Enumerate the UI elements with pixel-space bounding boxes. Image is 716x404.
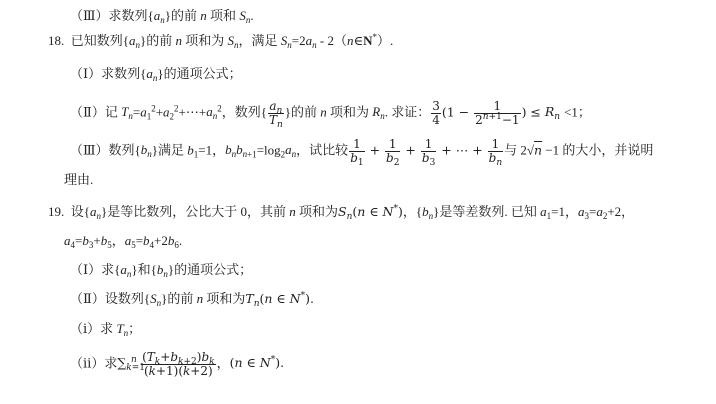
part-label: （Ⅲ） xyxy=(70,8,109,23)
part-label: （Ⅰ） xyxy=(70,66,101,81)
q18-part1: （Ⅰ）求数列{an}的通项公式； xyxy=(70,66,242,82)
q18-part2: （Ⅱ）记 Tn=a12+a22+⋯+an2，数列{anTn}的前 n 项和为 R… xyxy=(70,100,591,127)
q18-stem: 18. 已知数列{an}的前 n 项和为 Sn，满足 Sn=2an - 2（n∈… xyxy=(48,33,393,49)
part-label: （Ⅰ） xyxy=(70,262,101,277)
q18-part3: （Ⅲ）数列{bn}满足 b1=1，bnbn+1=log2an，试比较1b1 + … xyxy=(70,138,653,165)
q19-part2-ii: （ⅱ）求∑k=1n (Tk+bk+2)bk(k+1)(k+2)，(n ∈ N*)… xyxy=(70,351,284,378)
part-label: （Ⅱ） xyxy=(70,104,105,119)
part-label: （Ⅱ） xyxy=(70,291,105,306)
question-number: 18. xyxy=(48,33,64,48)
q18-part3-continuation: 理由. xyxy=(64,172,93,188)
q19-stem: 19. 设{an}是等比数列，公比大于 0，其前 n 项和为Sn(n ∈ N*)… xyxy=(48,204,634,220)
part-label: （ⅰ） xyxy=(70,321,100,336)
q19-part1: （Ⅰ）求{an}和{bn}的通项公式； xyxy=(70,262,252,278)
summation-fraction: (Tk+bk+2)bk(k+1)(k+2) xyxy=(141,351,216,378)
q19-part2: （Ⅱ）设数列{Sn}的前 n 项和为Tn(n ∈ N*). xyxy=(70,291,314,307)
question-number: 19. xyxy=(48,204,64,219)
part-label: （ⅱ） xyxy=(70,355,104,370)
summation-symbol: ∑k=1n xyxy=(117,355,136,370)
q19-continuation: a4=b3+b5，a5=b4+2b6. xyxy=(64,233,182,249)
q17-part3: （Ⅲ）求数列{an}的前 n 项和 Sn. xyxy=(70,8,254,24)
part-label: （Ⅲ） xyxy=(70,142,109,157)
fraction-an-over-tn: anTn xyxy=(268,100,284,127)
q19-part2-i: （ⅰ）求 Tn； xyxy=(70,321,141,337)
